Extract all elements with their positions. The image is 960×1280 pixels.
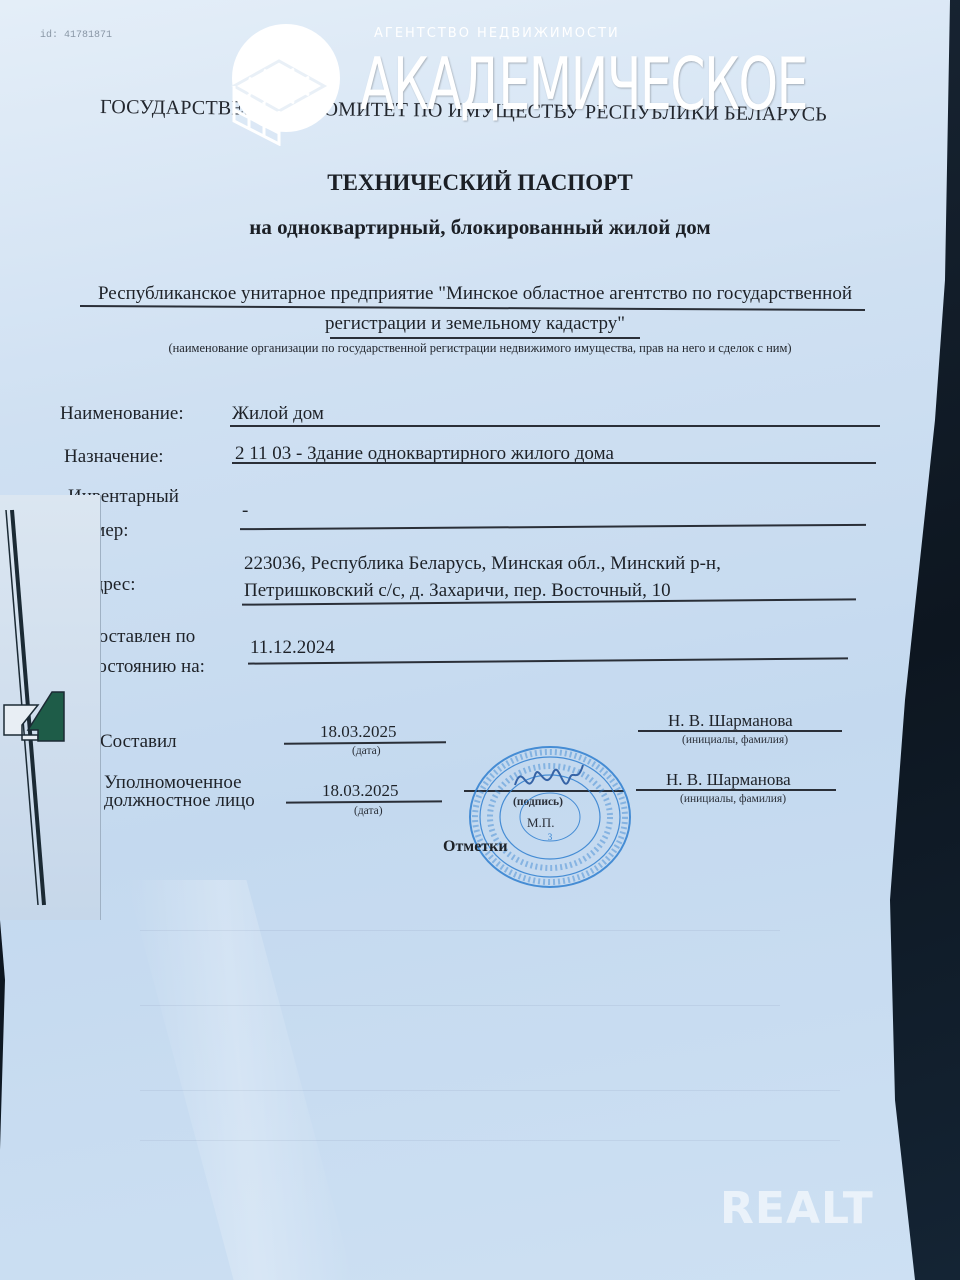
binding-emblem-icon [0,495,100,920]
document-title: ТЕХНИЧЕСКИЙ ПАСПОРТ [0,170,960,196]
inventory-value: - [242,500,248,522]
underline [248,657,848,664]
as-of-label-1: Составлен по [86,621,195,653]
agency-logo: АГЕНТСТВО НЕДВИЖИМОСТИ АКАДЕМИЧЕСКОЕ [232,14,752,134]
organization-line-1: Республиканское унитарное предприятие "М… [70,283,880,305]
name-label: Наименование: [60,398,184,430]
official-stamp-icon: 3 [465,745,635,890]
logo-tagline: АГЕНТСТВО НЕДВИЖИМОСТИ [374,26,620,41]
document-id: id: 41781871 [40,30,112,41]
underline [330,337,640,339]
document-subtitle: на одноквартирный, блокированный жилой д… [0,215,960,240]
authorized-name: Н. В. Шарманова [666,770,791,790]
underline [80,305,865,311]
compiled-date-caption: (дата) [352,745,381,757]
binding-strip [0,495,101,920]
as-of-label-2: состоянию на: [89,651,205,683]
address-value-1: 223036, Республика Беларусь, Минская обл… [244,553,721,575]
compiled-date: 18.03.2025 [320,722,397,742]
document-page: id: 41781871 ГОСУДАРСТВЕННЫЙ КОМИТЕТ ПО … [0,0,960,1280]
underline [240,524,866,530]
underline [284,741,446,744]
realt-watermark: REALT [720,1183,874,1234]
authorized-date: 18.03.2025 [322,781,399,801]
organization-line-2: регистрации и земельному кадастру" [70,313,880,335]
purpose-label: Назначение: [64,441,164,473]
address-value-2: Петришковский с/с, д. Захаричи, пер. Вос… [244,580,671,602]
logo-name: АКАДЕМИЧЕСКОЕ [360,42,807,126]
as-of-value: 11.12.2024 [250,637,335,659]
underline [230,425,880,427]
compiled-name: Н. В. Шарманова [668,711,793,731]
underline [638,730,842,732]
authorized-label-2: должностное лицо [104,790,255,812]
light-glare [126,880,353,1280]
marks-heading: Отметки [443,838,508,856]
underline [286,800,442,803]
authorized-date-caption: (дата) [354,805,383,817]
cube-grid-icon [224,36,334,146]
name-value: Жилой дом [232,403,324,425]
organization-caption: (наименование организации по государстве… [60,341,900,356]
svg-text:3: 3 [548,832,553,842]
compiled-label: Составил [100,731,177,753]
underline [232,462,876,464]
underline [636,789,836,791]
authorized-name-caption: (инициалы, фамилия) [680,793,786,805]
compiled-name-caption: (инициалы, фамилия) [682,734,788,746]
